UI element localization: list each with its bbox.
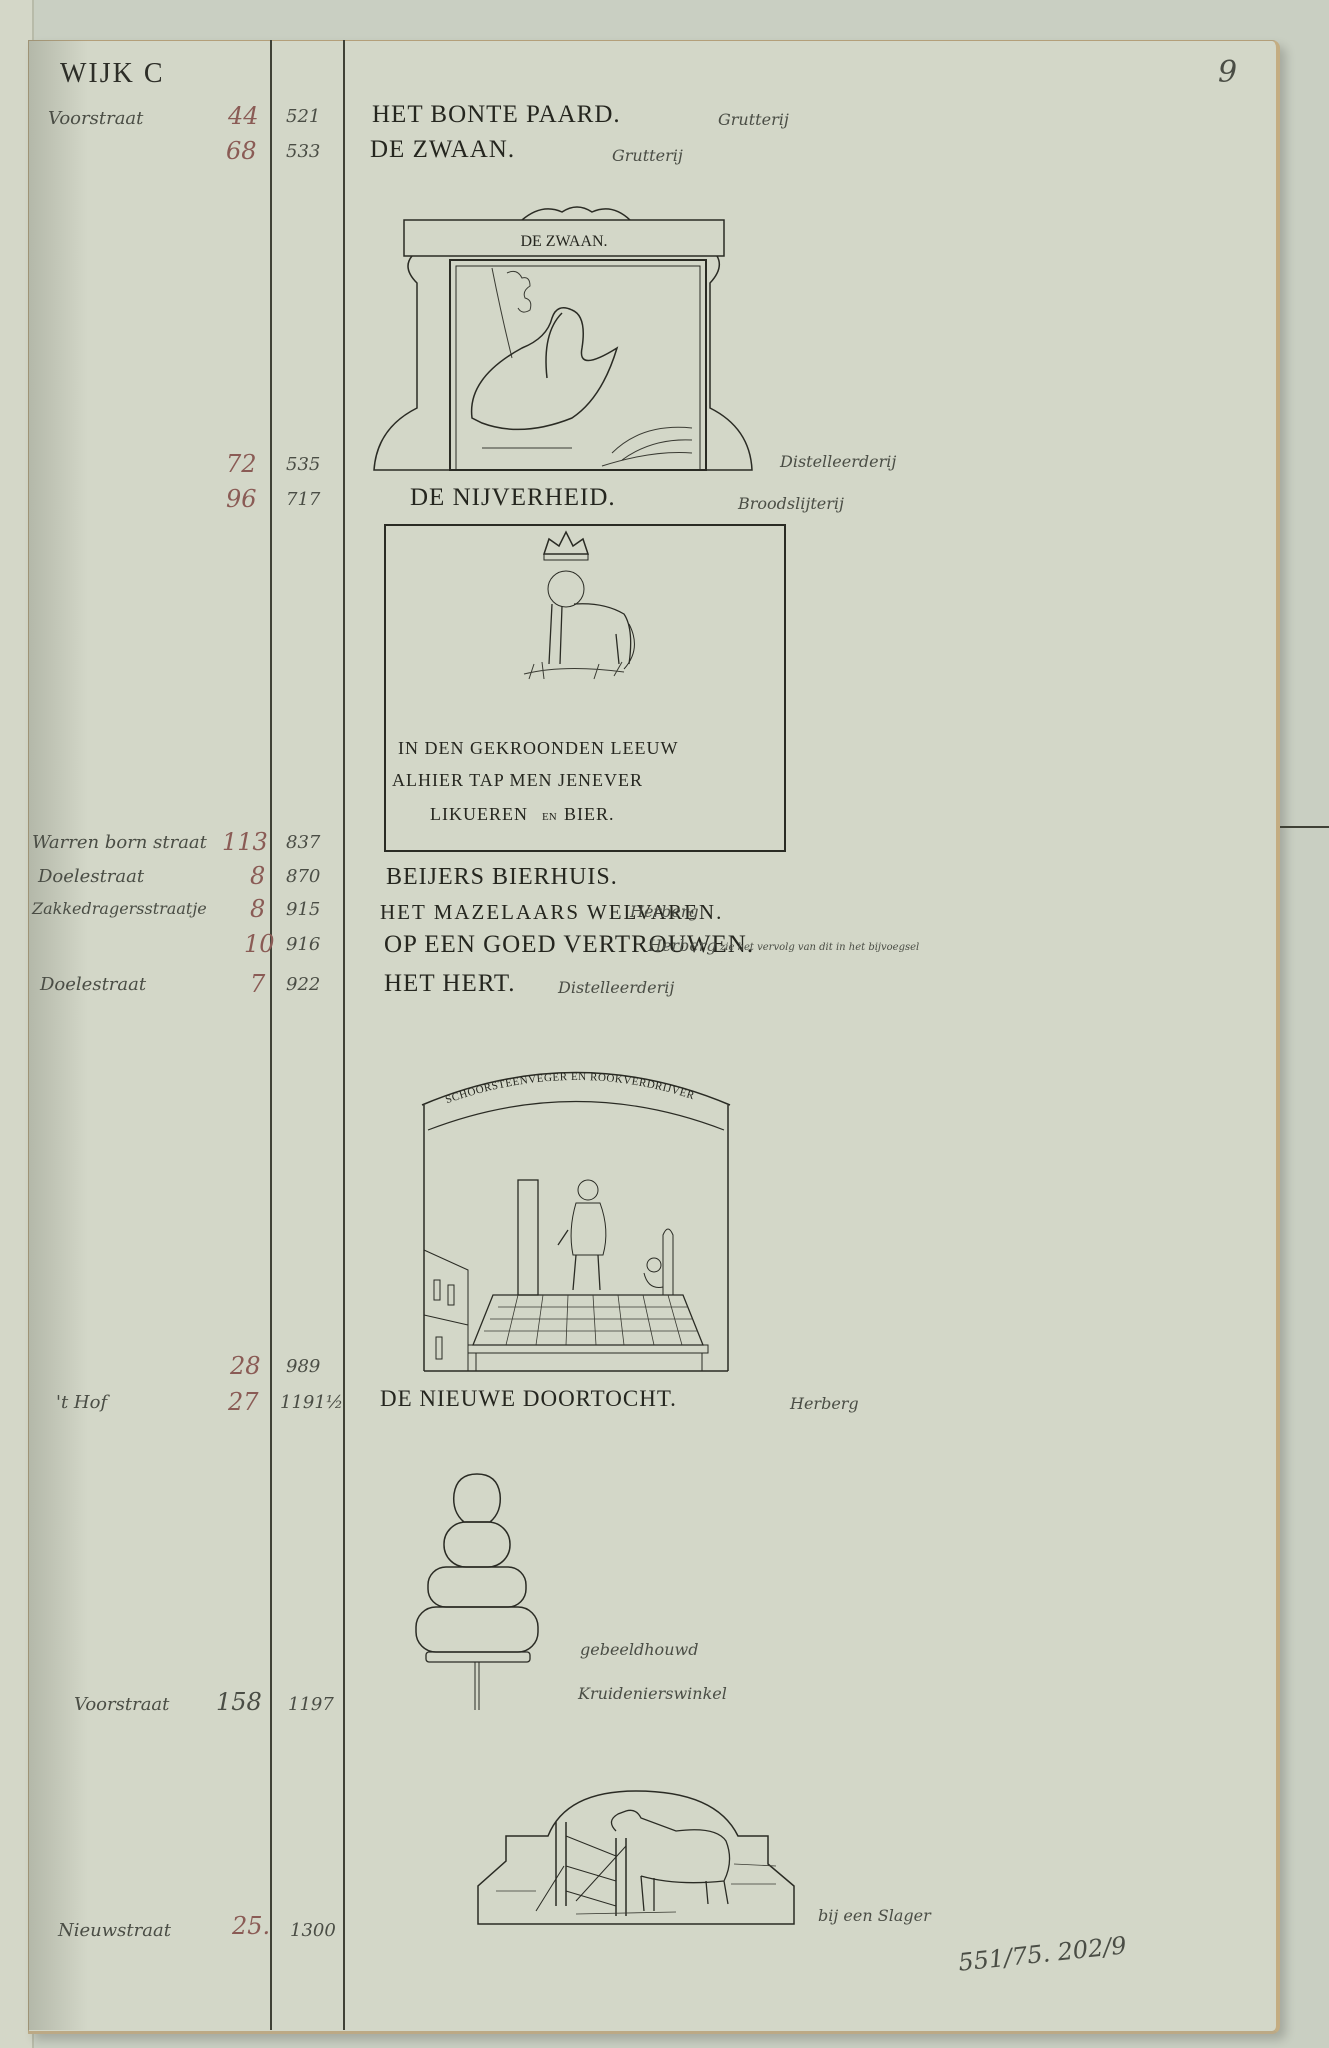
trade-note: Distelleerderij [780, 452, 896, 471]
kadaster-number: 717 [286, 489, 320, 510]
remark-note: Kruidenierswinkel [578, 1684, 727, 1703]
column-rule-house-number [270, 40, 272, 2030]
house-number: 44 [228, 102, 259, 130]
house-number: 8 [250, 895, 265, 923]
kadaster-number: 533 [286, 141, 320, 162]
gutter-shadow [28, 40, 88, 2030]
trade-note: Distelleerderij [558, 978, 674, 997]
street-name: Zakkedragersstraatje [32, 899, 207, 918]
svg-text:IN DEN GEKROONDEN LEEUW: IN DEN GEKROONDEN LEEUW [398, 738, 678, 758]
sign-de-zwaan: DE ZWAAN. [372, 198, 757, 473]
kadaster-number: 916 [286, 934, 320, 955]
kadaster-number: 521 [286, 106, 320, 127]
kadaster-number: 1191½ [280, 1392, 343, 1413]
street-name: Warren born straat [32, 832, 207, 853]
remark-note: zie het vervolg van dit in het bijvoegse… [720, 942, 919, 953]
page-number: 9 [1218, 55, 1237, 90]
trade-note: Herberg [648, 936, 717, 955]
trade-note: Grutterij [718, 110, 789, 129]
house-number: 27 [228, 1388, 259, 1416]
trade-note: Herberg [630, 902, 699, 921]
sign-gekroonden-leeuw: IN DEN GEKROONDEN LEEUW ALHIER TAP MEN J… [384, 524, 788, 854]
kadaster-number: 870 [286, 866, 320, 887]
column-rule-kadaster [343, 40, 345, 2030]
kadaster-number: 1300 [290, 1920, 336, 1941]
house-number: 8 [250, 862, 265, 890]
trade-note: bij een Slager [818, 1906, 931, 1925]
trade-note: Herberg [790, 1394, 859, 1413]
sign-slager-cow [476, 1786, 796, 1926]
house-number: 10 [244, 930, 275, 958]
kadaster-number: 837 [286, 832, 320, 853]
svg-text:DE ZWAAN.: DE ZWAAN. [520, 233, 607, 250]
district-heading: WIJK C [60, 58, 165, 90]
house-number: 68 [226, 137, 257, 165]
house-number: 25. [232, 1912, 270, 1940]
house-number: 96 [226, 485, 257, 513]
svg-text:BIER.: BIER. [564, 804, 615, 824]
establishment-name: DE NIEUWE DOORTOCHT. [380, 1386, 677, 1412]
street-name: Voorstraat [74, 1694, 169, 1715]
kadaster-number: 535 [286, 454, 320, 475]
establishment-name: BEIJERS BIERHUIS. [386, 864, 618, 891]
house-number: 72 [226, 450, 257, 478]
trade-note: Broodslijterij [738, 494, 844, 513]
establishment-name: DE NIJVERHEID. [410, 484, 616, 512]
house-number: 7 [250, 970, 265, 998]
svg-text:ALHIER TAP MEN JENEVER: ALHIER TAP MEN JENEVER [392, 770, 643, 790]
street-name: 't Hof [56, 1392, 107, 1413]
svg-text:EN: EN [542, 811, 557, 823]
street-name: Voorstraat [48, 108, 143, 129]
kadaster-number: 989 [286, 1356, 320, 1377]
kadaster-number: 915 [286, 899, 320, 920]
svg-text:LIKUEREN: LIKUEREN [430, 804, 528, 824]
trade-note: Grutterij [612, 146, 683, 165]
house-number: 158 [216, 1688, 262, 1716]
sign-schoorsteenveger: SCHOORSTEENVEGER EN ROOKVERDRIJVER [418, 1055, 734, 1375]
street-name: Doelestraat [40, 974, 146, 995]
street-name: Doelestraat [38, 866, 144, 887]
house-number: 28 [230, 1352, 261, 1380]
kadaster-number: 1197 [288, 1694, 334, 1715]
establishment-name: DE ZWAAN. [370, 136, 515, 164]
trade-note: gebeeldhouwd [580, 1640, 698, 1659]
street-name: Nieuwstraat [58, 1920, 171, 1941]
house-number: 113 [222, 828, 268, 856]
establishment-name: HET HERT. [384, 970, 516, 998]
background-page-rule [1280, 826, 1329, 828]
kadaster-number: 922 [286, 974, 320, 995]
sign-kruidenier-finial [412, 1472, 542, 1712]
establishment-name: HET BONTE PAARD. [372, 101, 621, 129]
